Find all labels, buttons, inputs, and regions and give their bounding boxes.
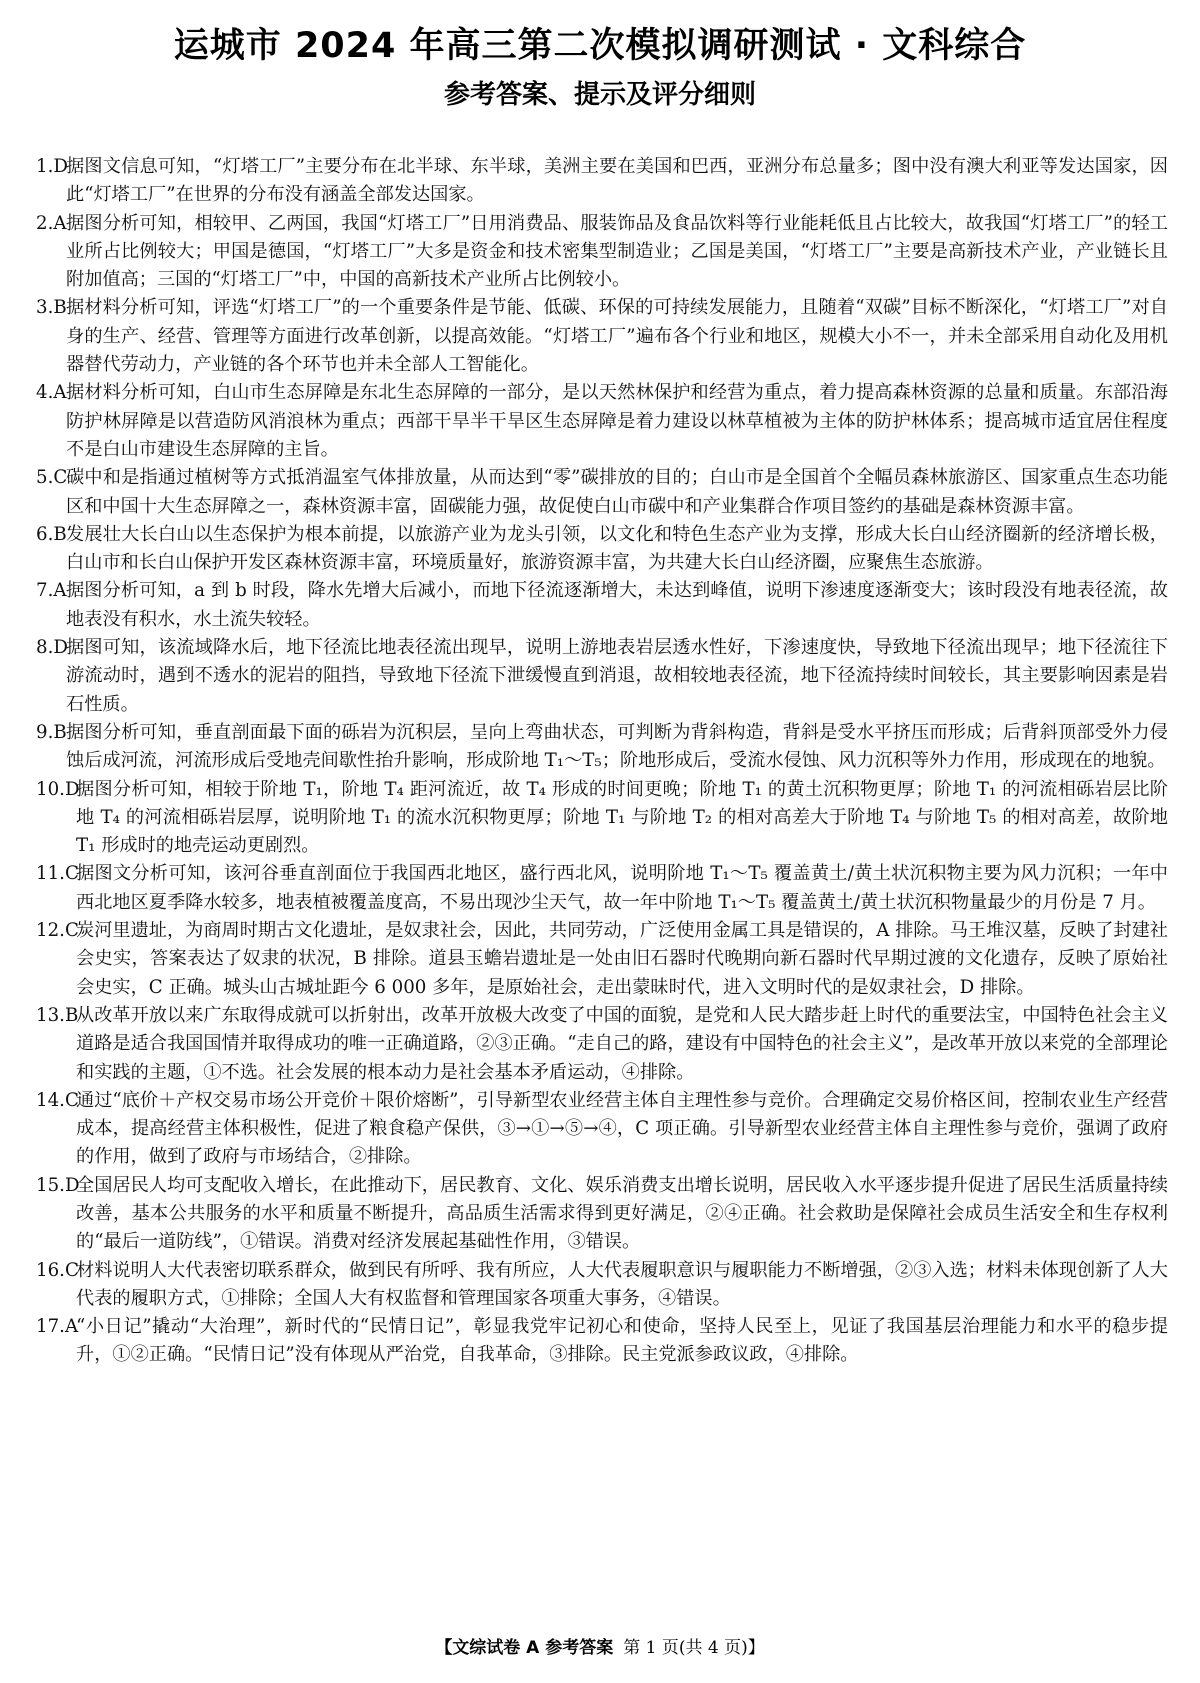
item-number: 1.D (36, 153, 68, 181)
item-number: 9.B (36, 719, 67, 747)
answer-item-10: 10.D据图分析可知，相较于阶地 T₁，阶地 T₄ 距河流近，故 T₄ 形成的时… (36, 776, 1168, 861)
item-explanation: 通过“底价＋产权交易市场公开竞价＋限价熔断”，引导新型农业经营主体自主理性参与竞… (76, 1090, 1168, 1168)
page-footer: 【文综试卷 A 参考答案第 1 页(共 4 页)】 (0, 1633, 1200, 1658)
item-explanation: 发展壮大长白山以生态保护为根本前提，以旅游产业为龙头引领，以文化和特色生态产业为… (66, 524, 1168, 573)
answer-item-15: 15.D全国居民人均可支配收入增长，在此推动下，居民教育、文化、娱乐消费支出增长… (36, 1172, 1168, 1257)
item-number: 17.A (36, 1313, 78, 1341)
item-number: 6.B (36, 521, 67, 549)
document-subtitle: 参考答案、提示及评分细则 (0, 74, 1200, 111)
item-number: 7.A (36, 577, 67, 605)
item-explanation: 从改革开放以来广东取得成就可以折射出，改革开放极大改变了中国的面貌，是党和人民大… (76, 1005, 1168, 1083)
item-explanation: 据图分析可知，相较于阶地 T₁，阶地 T₄ 距河流近，故 T₄ 形成的时间更晚；… (76, 779, 1168, 857)
item-explanation: “小日记”撬动“大治理”，新时代的“民情日记”，彰显我党牢记初心和使命，坚持人民… (76, 1316, 1168, 1365)
item-explanation: 据图分析可知，相较甲、乙两国，我国“灯塔工厂”日用消费品、服装饰品及食品饮料等行… (66, 213, 1168, 291)
item-number: 10.D (36, 776, 80, 804)
item-explanation: 据图分析可知，a 到 b 时段，降水先增大后减小，而地下径流逐渐增大，未达到峰值… (66, 580, 1168, 629)
item-explanation: 全国居民人均可支配收入增长，在此推动下，居民教育、文化、娱乐消费支出增长说明，居… (76, 1175, 1168, 1253)
answer-item-7: 7.A据图分析可知，a 到 b 时段，降水先增大后减小，而地下径流逐渐增大，未达… (36, 577, 1168, 634)
answer-item-13: 13.B从改革开放以来广东取得成就可以折射出，改革开放极大改变了中国的面貌，是党… (36, 1002, 1168, 1087)
answer-item-8: 8.D据图可知，该流域降水后，地下径流比地表径流出现早，说明上游地表岩层透水性好… (36, 634, 1168, 719)
item-number: 15.D (36, 1172, 80, 1200)
item-explanation: 材料说明人大代表密切联系群众，做到民有所呼、我有所应，人大代表履职意识与履职能力… (76, 1260, 1168, 1309)
item-number: 8.D (36, 634, 68, 662)
answer-item-12: 12.C炭河里遗址，为商周时期古文化遗址，是奴隶社会，因此，共同劳动，广泛使用金… (36, 917, 1168, 1002)
document-title: 运城市 2024 年高三第二次模拟调研测试 · 文科综合 (0, 18, 1200, 68)
item-explanation: 据图分析可知，垂直剖面最下面的砾岩为沉积层，呈向上弯曲状态，可判断为背斜构造，背… (66, 722, 1168, 771)
answer-item-1: 1.D据图文信息可知，“灯塔工厂”主要分布在北半球、东半球，美洲主要在美国和巴西… (36, 153, 1168, 210)
answer-item-11: 11.C据图文分析可知，该河谷垂直剖面位于我国西北地区，盛行西北风，说明阶地 T… (36, 860, 1168, 917)
item-number: 4.A (36, 379, 67, 407)
answer-item-14: 14.C通过“底价＋产权交易市场公开竞价＋限价熔断”，引导新型农业经营主体自主理… (36, 1087, 1168, 1172)
item-number: 5.C (36, 464, 67, 492)
item-explanation: 据图文分析可知，该河谷垂直剖面位于我国西北地区，盛行西北风，说明阶地 T₁～T₅… (76, 863, 1168, 912)
answer-item-16: 16.C材料说明人大代表密切联系群众，做到民有所呼、我有所应，人大代表履职意识与… (36, 1257, 1168, 1314)
item-explanation: 碳中和是指通过植树等方式抵消温室气体排放量，从而达到“零”碳排放的目的；白山市是… (66, 467, 1168, 516)
item-explanation: 炭河里遗址，为商周时期古文化遗址，是奴隶社会，因此，共同劳动，广泛使用金属工具是… (76, 920, 1168, 998)
item-number: 14.C (36, 1087, 79, 1115)
footer-label: 【文综试卷 A 参考答案 (435, 1638, 613, 1658)
answer-item-9: 9.B据图分析可知，垂直剖面最下面的砾岩为沉积层，呈向上弯曲状态，可判断为背斜构… (36, 719, 1168, 776)
answer-item-5: 5.C碳中和是指通过植树等方式抵消温室气体排放量，从而达到“零”碳排放的目的；白… (36, 464, 1168, 521)
item-number: 13.B (36, 1002, 78, 1030)
item-explanation: 据图文信息可知，“灯塔工厂”主要分布在北半球、东半球，美洲主要在美国和巴西，亚洲… (66, 156, 1168, 205)
item-number: 2.A (36, 210, 67, 238)
answer-item-2: 2.A据图分析可知，相较甲、乙两国，我国“灯塔工厂”日用消费品、服装饰品及食品饮… (36, 210, 1168, 295)
answer-item-4: 4.A据材料分析可知，白山市生态屏障是东北生态屏障的一部分，是以天然林保护和经营… (36, 379, 1168, 464)
page-number: 第 1 页(共 4 页)】 (623, 1638, 765, 1658)
item-explanation: 据材料分析可知，评选“灯塔工厂”的一个重要条件是节能、低碳、环保的可持续发展能力… (66, 297, 1168, 375)
item-number: 12.C (36, 917, 79, 945)
answer-item-17: 17.A“小日记”撬动“大治理”，新时代的“民情日记”，彰显我党牢记初心和使命，… (36, 1313, 1168, 1370)
item-number: 16.C (36, 1257, 79, 1285)
answer-item-6: 6.B发展壮大长白山以生态保护为根本前提，以旅游产业为龙头引领，以文化和特色生态… (36, 521, 1168, 578)
item-explanation: 据材料分析可知，白山市生态屏障是东北生态屏障的一部分，是以天然林保护和经营为重点… (66, 382, 1168, 460)
answer-item-3: 3.B据材料分析可知，评选“灯塔工厂”的一个重要条件是节能、低碳、环保的可持续发… (36, 294, 1168, 379)
answer-list: 1.D据图文信息可知，“灯塔工厂”主要分布在北半球、东半球，美洲主要在美国和巴西… (36, 153, 1168, 1370)
item-number: 11.C (36, 860, 79, 888)
item-number: 3.B (36, 294, 67, 322)
item-explanation: 据图可知，该流域降水后，地下径流比地表径流出现早，说明上游地表岩层透水性好，下渗… (66, 637, 1168, 715)
